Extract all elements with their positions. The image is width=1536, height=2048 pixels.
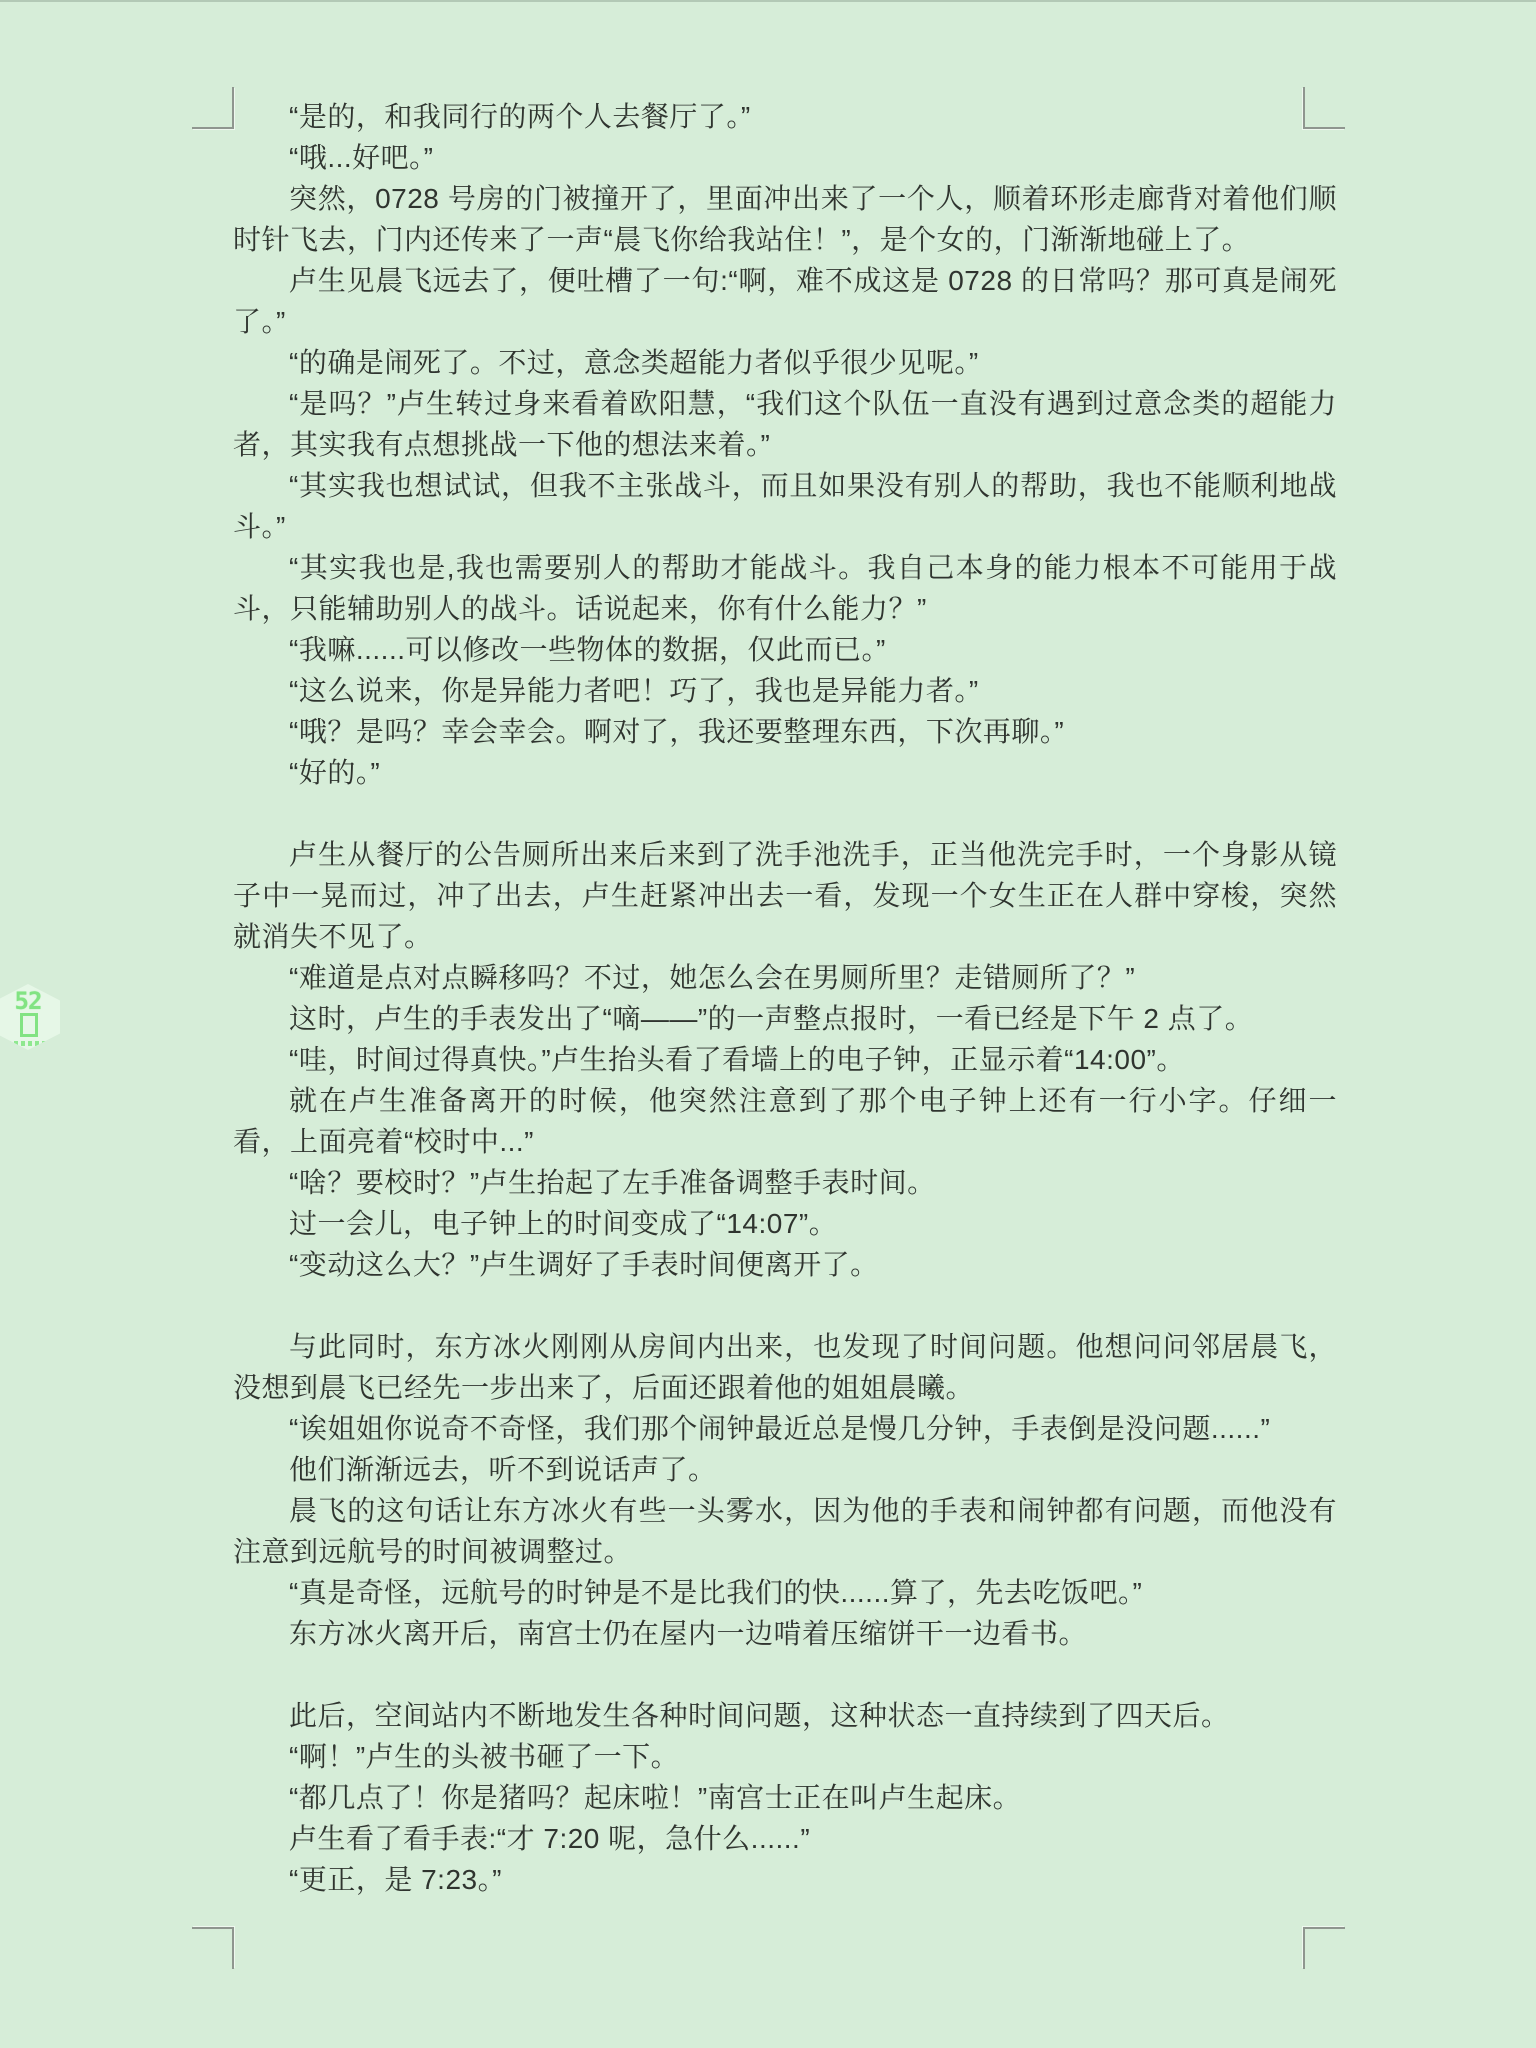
paragraph: “的确是闹死了。不过，意念类超能力者似乎很少见呢。” <box>233 342 1337 383</box>
paragraph: 过一会儿，电子钟上的时间变成了“14:07”。 <box>233 1203 1337 1244</box>
paragraph: 晨飞的这句话让东方冰火有些一头雾水，因为他的手表和闹钟都有问题，而他没有注意到远… <box>233 1490 1337 1572</box>
paragraph <box>233 1654 1337 1695</box>
crop-mark-bottom-right-icon <box>1303 1927 1345 1969</box>
paragraph: 这时，卢生的手表发出了“嘀——”的一声整点报时，一看已经是下午 2 点了。 <box>233 998 1337 1039</box>
paragraph: “这么说来，你是异能力者吧！巧了，我也是异能力者。” <box>233 670 1337 711</box>
watermark-logo-icon: 52 <box>0 984 60 1050</box>
paragraph: 卢生见晨飞远去了，便吐槽了一句:“啊，难不成这是 0728 的日常吗？那可真是闹… <box>233 260 1337 342</box>
paragraph: “啊！”卢生的头被书砸了一下。 <box>233 1736 1337 1777</box>
paragraph: “哦...好吧。” <box>233 137 1337 178</box>
paragraph: 与此同时，东方冰火刚刚从房间内出来，也发现了时间问题。他想问问邻居晨飞，没想到晨… <box>233 1326 1337 1408</box>
paragraph: “难道是点对点瞬移吗？不过，她怎么会在男厕所里？走错厕所了？” <box>233 957 1337 998</box>
paragraph: 卢生从餐厅的公告厕所出来后来到了洗手池洗手，正当他洗完手时，一个身影从镜子中一晃… <box>233 834 1337 957</box>
paragraph: “哦？是吗？幸会幸会。啊对了，我还要整理东西，下次再聊。” <box>233 711 1337 752</box>
paragraph: 就在卢生准备离开的时候，他突然注意到了那个电子钟上还有一行小字。仔细一看，上面亮… <box>233 1080 1337 1162</box>
crop-mark-bottom-left-icon <box>192 1927 234 1969</box>
document-body: “是的，和我同行的两个人去餐厅了。”“哦...好吧。”突然，0728 号房的门被… <box>233 96 1337 1900</box>
paragraph: “我嘛......可以修改一些物体的数据，仅此而已。” <box>233 629 1337 670</box>
paragraph: “其实我也是,我也需要别人的帮助才能战斗。我自己本身的能力根本不可能用于战斗，只… <box>233 547 1337 629</box>
paragraph: “都几点了！你是猪吗？起床啦！”南宫士正在叫卢生起床。 <box>233 1777 1337 1818</box>
paragraph: “其实我也想试试，但我不主张战斗，而且如果没有别人的帮助，我也不能顺利地战斗。” <box>233 465 1337 547</box>
paragraph: 突然，0728 号房的门被撞开了，里面冲出来了一个人，顺着环形走廊背对着他们顺时… <box>233 178 1337 260</box>
paragraph: 他们渐渐远去，听不到说话声了。 <box>233 1449 1337 1490</box>
watermark-glyph-block <box>20 1013 38 1037</box>
paragraph: “是吗？”卢生转过身来看着欧阳慧，“我们这个队伍一直没有遇到过意念类的超能力者，… <box>233 383 1337 465</box>
paragraph: “啥？要校时？”卢生抬起了左手准备调整手表时间。 <box>233 1162 1337 1203</box>
paragraph: 东方冰火离开后，南宫士仍在屋内一边啃着压缩饼干一边看书。 <box>233 1613 1337 1654</box>
paragraph: “好的。” <box>233 752 1337 793</box>
document-page: 52 “是的，和我同行的两个人去餐厅了。”“哦...好吧。”突然，0728 号房… <box>0 0 1536 2048</box>
watermark-text: 52 <box>15 989 42 1013</box>
paragraph: “是的，和我同行的两个人去餐厅了。” <box>233 96 1337 137</box>
page-top-edge <box>0 0 1536 2</box>
paragraph: “哇，时间过得真快。”卢生抬头看了看墙上的电子钟，正显示着“14:00”。 <box>233 1039 1337 1080</box>
paragraph <box>233 793 1337 834</box>
crop-mark-top-left-icon <box>192 87 234 129</box>
paragraph: 此后，空间站内不断地发生各种时间问题，这种状态一直持续到了四天后。 <box>233 1695 1337 1736</box>
paragraph: “真是奇怪，远航号的时钟是不是比我们的快......算了，先去吃饭吧。” <box>233 1572 1337 1613</box>
paragraph <box>233 1285 1337 1326</box>
paragraph: “更正，是 7:23。” <box>233 1859 1337 1900</box>
paragraph: “诶姐姐你说奇不奇怪，我们那个闹钟最近总是慢几分钟，手表倒是没问题......” <box>233 1408 1337 1449</box>
paragraph: 卢生看了看手表:“才 7:20 呢，急什么......” <box>233 1818 1337 1859</box>
watermark-fineprint <box>7 1041 49 1046</box>
paragraph: “变动这么大？”卢生调好了手表时间便离开了。 <box>233 1244 1337 1285</box>
